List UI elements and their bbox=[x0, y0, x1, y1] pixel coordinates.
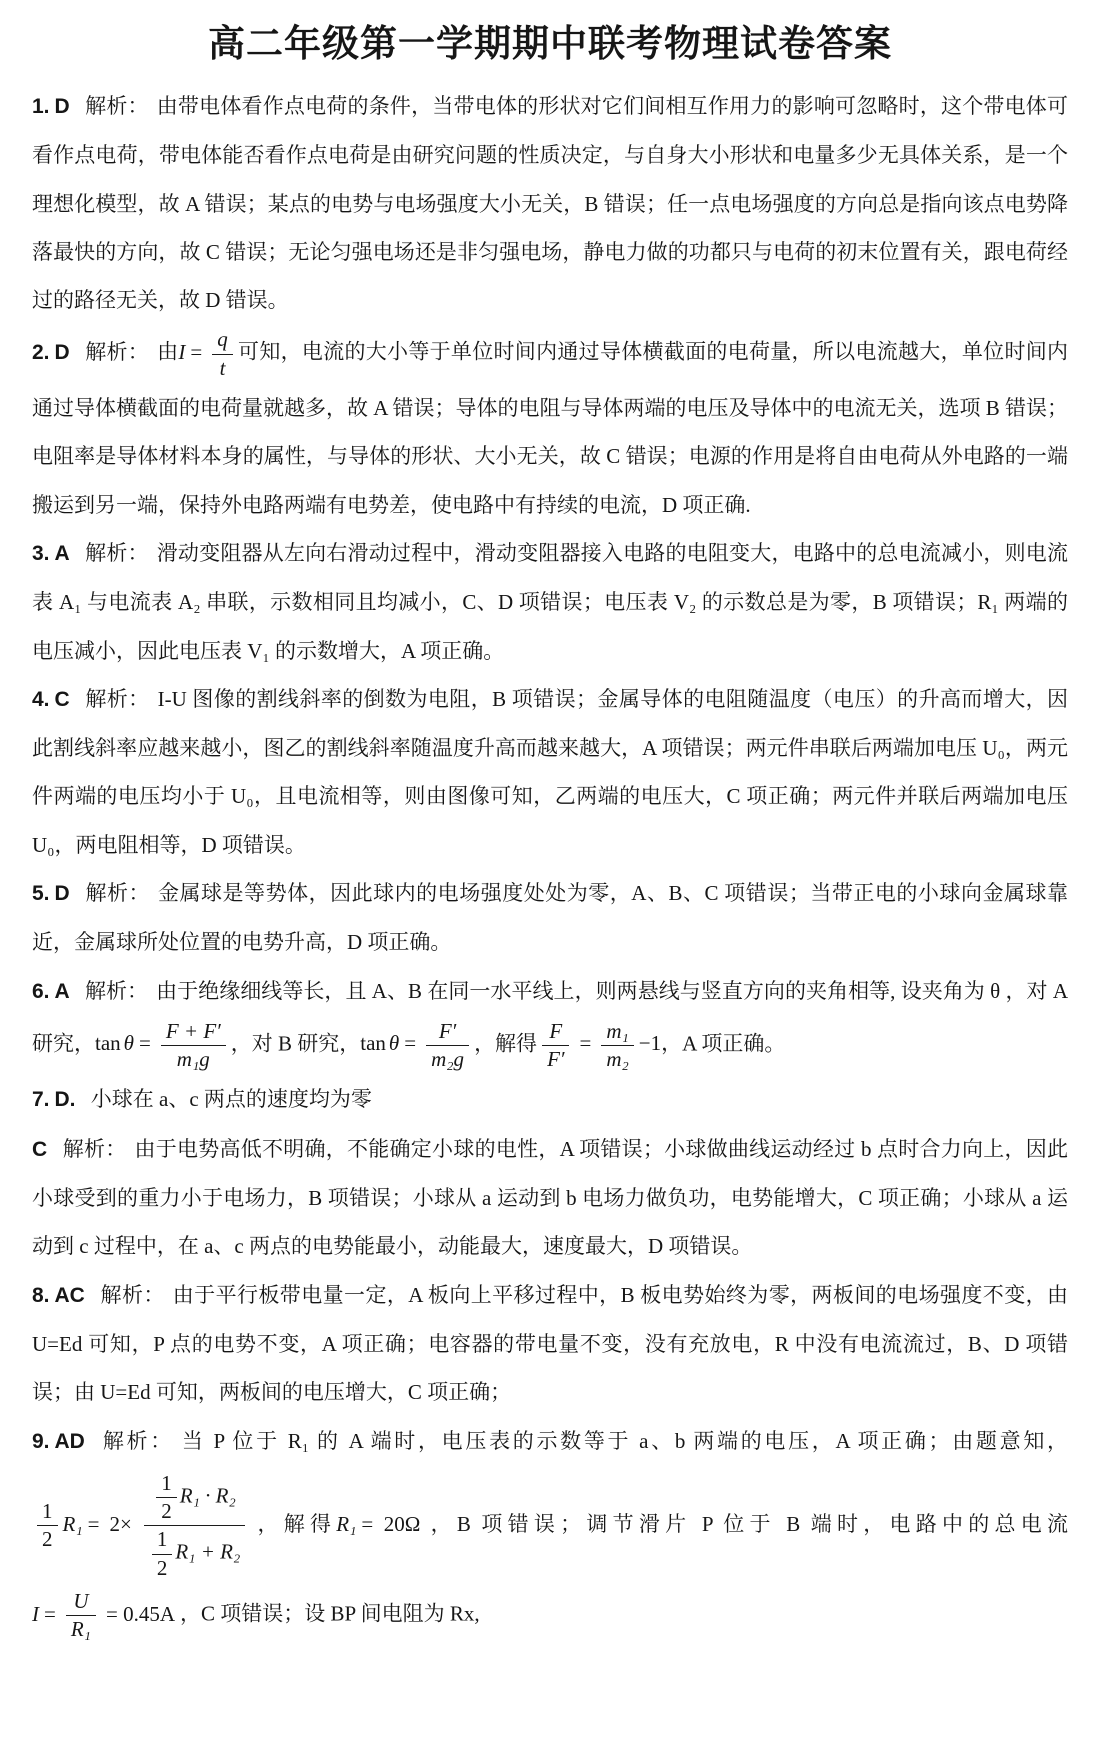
answer-body: 金属球是等势体，因此球内的电场强度处处为零，A、B、C 项错误；当带正电的小球向… bbox=[32, 881, 1068, 954]
fraction-numerator: F′ bbox=[426, 1018, 469, 1046]
fraction-denominator: R₁ bbox=[66, 1616, 96, 1643]
answer-5: 5.D 解析：金属球是等势体，因此球内的电场强度处处为零，A、B、C 项错误；当… bbox=[32, 869, 1068, 967]
fraction-numerator: U bbox=[66, 1588, 96, 1616]
analysis-label: 解析： bbox=[85, 541, 149, 565]
equals-sign: = bbox=[190, 340, 202, 364]
answer-letter: D. bbox=[55, 1088, 76, 1111]
big-fraction-parallel-resistance: 12R₁ · R₂12R₁ + R₂ bbox=[144, 1470, 245, 1582]
equals-sign: = bbox=[404, 1031, 416, 1055]
fraction-denominator: 2 bbox=[152, 1555, 173, 1582]
answer-letter: AC bbox=[55, 1284, 85, 1307]
answer-letter: D bbox=[55, 341, 70, 364]
fraction-one-half: 12 bbox=[156, 1470, 177, 1526]
answer-1: 1.D 解析：由带电体看作点电荷的条件，当带电体的形状对它们间相互作用力的影响可… bbox=[32, 82, 1068, 324]
current-var-I: I bbox=[32, 1602, 39, 1626]
formula-current: I=qt bbox=[178, 340, 237, 364]
fraction-numerator: F + F′ bbox=[161, 1018, 226, 1046]
formula-resistance-equation: 12R₁=2×12R₁ · R₂12R₁ + R₂ bbox=[32, 1512, 252, 1536]
question-number: 2. bbox=[32, 341, 50, 364]
question-number: 5. bbox=[32, 882, 50, 905]
minus-one: −1， bbox=[639, 1031, 682, 1055]
equals-sign: = bbox=[139, 1031, 151, 1055]
tan-function: tan bbox=[360, 1031, 386, 1055]
question-number: 1. bbox=[32, 95, 50, 118]
answer-body: 可知，电流的大小等于单位时间内通过导体横截面的电荷量，所以电流越大，单位时间内通… bbox=[32, 340, 1068, 517]
result-value: = 0.45A bbox=[106, 1602, 175, 1626]
answer-letter: AD bbox=[55, 1430, 85, 1453]
fraction-denominator: 2 bbox=[37, 1526, 58, 1553]
analysis-label: 解析： bbox=[85, 687, 149, 711]
fraction-one-half: 12 bbox=[152, 1526, 173, 1582]
answer-2: 2.D 解析：由I=qt可知，电流的大小等于单位时间内通过导体横截面的电荷量，所… bbox=[32, 324, 1068, 528]
formula-solved-R1: R₁= 20Ω bbox=[336, 1512, 425, 1536]
question-number: 3. bbox=[32, 542, 50, 565]
R1-var: R₁ bbox=[63, 1512, 83, 1536]
solved-value: = 20Ω bbox=[361, 1512, 420, 1536]
answer-letter: A bbox=[55, 542, 70, 565]
fraction-denominator: F′ bbox=[542, 1046, 569, 1073]
question-number: 4. bbox=[32, 688, 50, 711]
analysis-label: 解析： bbox=[85, 340, 149, 364]
analysis-label: 解析： bbox=[103, 1429, 174, 1453]
equals-sign: = bbox=[44, 1602, 56, 1626]
answer-7-analysis: C 解析：由于电势高低不明确，不能确定小球的电性，A 项错误；小球做曲线运动经过… bbox=[32, 1125, 1068, 1271]
fraction-denominator: m₁g bbox=[161, 1046, 226, 1073]
answer-letter: D bbox=[55, 95, 70, 118]
answer-body-end: ，C 项错误；设 BP 间电阻为 Rx, bbox=[180, 1602, 480, 1626]
analysis-label: 解析： bbox=[63, 1137, 127, 1161]
fraction-denominator: t bbox=[212, 355, 233, 382]
answer-6: 6.A 解析：由于绝缘细线等长，且 A、B 在同一水平线上，则两悬线与竖直方向的… bbox=[32, 967, 1068, 1076]
equals-sign: = bbox=[579, 1031, 591, 1055]
answer-3: 3.A 解析：滑动变阻器从左向右滑动过程中，滑动变阻器接入电路的电阻变大，电路中… bbox=[32, 529, 1068, 675]
R1-var: R₁ bbox=[336, 1512, 356, 1536]
fraction-numerator: F bbox=[542, 1018, 569, 1046]
fraction-U-over-R1: UR₁ bbox=[66, 1588, 96, 1644]
fraction-denominator: m₂ bbox=[601, 1046, 633, 1073]
analysis-label: 解析： bbox=[85, 979, 148, 1003]
answer-letter: D bbox=[55, 882, 70, 905]
fraction-numerator: 1 bbox=[152, 1526, 173, 1554]
formula-tan-B: tanθ=F′m₂g bbox=[360, 1031, 474, 1055]
fraction-Fprime-over-m2g: F′m₂g bbox=[426, 1018, 469, 1074]
question-number: 8. bbox=[32, 1284, 50, 1307]
fraction-numerator: 1 bbox=[37, 1498, 58, 1526]
answer-letter: A bbox=[55, 980, 70, 1003]
fraction-q-over-t: qt bbox=[212, 326, 233, 382]
answer-9: 9.AD 解析：当 P 位于 R₁ 的 A 端时，电压表的示数等于 a、b 两端… bbox=[32, 1417, 1068, 1646]
answer-letter: C bbox=[55, 688, 70, 711]
answer-body: ，B 项错误；调节滑片 P 位于 B 端时，电路中的总电流 bbox=[425, 1512, 1068, 1536]
big-fraction-denominator: 12R₁ + R₂ bbox=[144, 1526, 245, 1582]
answer-8: 8.AC 解析：由于平行板带电量一定，A 板向上平移过程中，B 板电势始终为零，… bbox=[32, 1271, 1068, 1417]
answer-body: 滑动变阻器从左向右滑动过程中，滑动变阻器接入电路的电阻变大，电路中的总电流减小，… bbox=[32, 541, 1068, 663]
answer-statement: 小球在 a、c 两点的速度均为零 bbox=[91, 1087, 372, 1111]
answer-body-pre: 由 bbox=[157, 340, 178, 364]
fraction-m1-over-m2: m₁m₂ bbox=[601, 1018, 633, 1074]
analysis-label: 解析： bbox=[85, 94, 149, 118]
answer-body: I-U 图像的割线斜率的倒数为电阻，B 项错误；金属导体的电阻随温度（电压）的升… bbox=[32, 687, 1068, 857]
answer-body: 当 P 位于 R₁ 的 A 端时，电压表的示数等于 a、b 两端的电压，A 项正… bbox=[182, 1429, 1068, 1453]
formula-tan-A: tanθ=F + F′m₁g bbox=[95, 1031, 231, 1055]
equals-sign: = bbox=[88, 1512, 100, 1536]
answer-conclusion: A 项正确。 bbox=[682, 1031, 785, 1055]
product-R1-R2: R₁ · R₂ bbox=[180, 1483, 236, 1507]
formula-var-I: I bbox=[178, 340, 185, 364]
question-number: 6. bbox=[32, 980, 50, 1003]
tan-function: tan bbox=[95, 1031, 121, 1055]
question-number: 9. bbox=[32, 1430, 50, 1453]
answer-body: 由于电势高低不明确，不能确定小球的电性，A 项错误；小球做曲线运动经过 b 点时… bbox=[32, 1137, 1068, 1259]
theta-var: θ bbox=[389, 1031, 399, 1055]
answer-letter: C bbox=[32, 1138, 47, 1161]
fraction-F-over-Fprime: FF′ bbox=[542, 1018, 569, 1074]
big-fraction-numerator: 12R₁ · R₂ bbox=[144, 1470, 245, 1527]
theta-var: θ bbox=[124, 1031, 134, 1055]
fraction-numerator: m₁ bbox=[601, 1018, 633, 1046]
analysis-label: 解析： bbox=[101, 1283, 165, 1307]
question-number: 7. bbox=[32, 1088, 50, 1111]
answer-body-mid: ，对 B 研究， bbox=[231, 1031, 361, 1055]
answer-body: 由带电体看作点电荷的条件，当带电体的形状对它们间相互作用力的影响可忽略时，这个带… bbox=[32, 94, 1068, 312]
fraction-denominator: 2 bbox=[156, 1498, 177, 1525]
answer-4: 4.C 解析：I-U 图像的割线斜率的倒数为电阻，B 项错误；金属导体的电阻随温… bbox=[32, 675, 1068, 869]
answer-body: 由于平行板带电量一定，A 板向上平移过程中，B 板电势始终为零，两板间的电场强度… bbox=[32, 1283, 1068, 1405]
fraction-FplusFprime-over-m1g: F + F′m₁g bbox=[161, 1018, 226, 1074]
document-page: 高二年级第一学期期中联考物理试卷答案 1.D 解析：由带电体看作点电荷的条件，当… bbox=[0, 0, 1098, 1755]
analysis-label: 解析： bbox=[85, 881, 150, 905]
fraction-numerator: 1 bbox=[156, 1470, 177, 1498]
formula-total-current: I=UR₁= 0.45A bbox=[32, 1602, 180, 1626]
fraction-one-half: 12 bbox=[37, 1498, 58, 1554]
fraction-denominator: m₂g bbox=[426, 1046, 469, 1073]
formula-ratio: FF′=m₁m₂−1， bbox=[537, 1031, 682, 1055]
answer-body-mid: ，解得 bbox=[252, 1512, 336, 1536]
answer-body-mid: ，解得 bbox=[474, 1031, 537, 1055]
sum-R1-R2: R₁ + R₂ bbox=[175, 1540, 240, 1564]
document-title: 高二年级第一学期期中联考物理试卷答案 bbox=[32, 20, 1068, 70]
fraction-numerator: q bbox=[212, 326, 233, 354]
answer-7-line1: 7.D. 小球在 a、c 两点的速度均为零 bbox=[32, 1075, 1068, 1124]
two-times: 2× bbox=[109, 1512, 131, 1536]
